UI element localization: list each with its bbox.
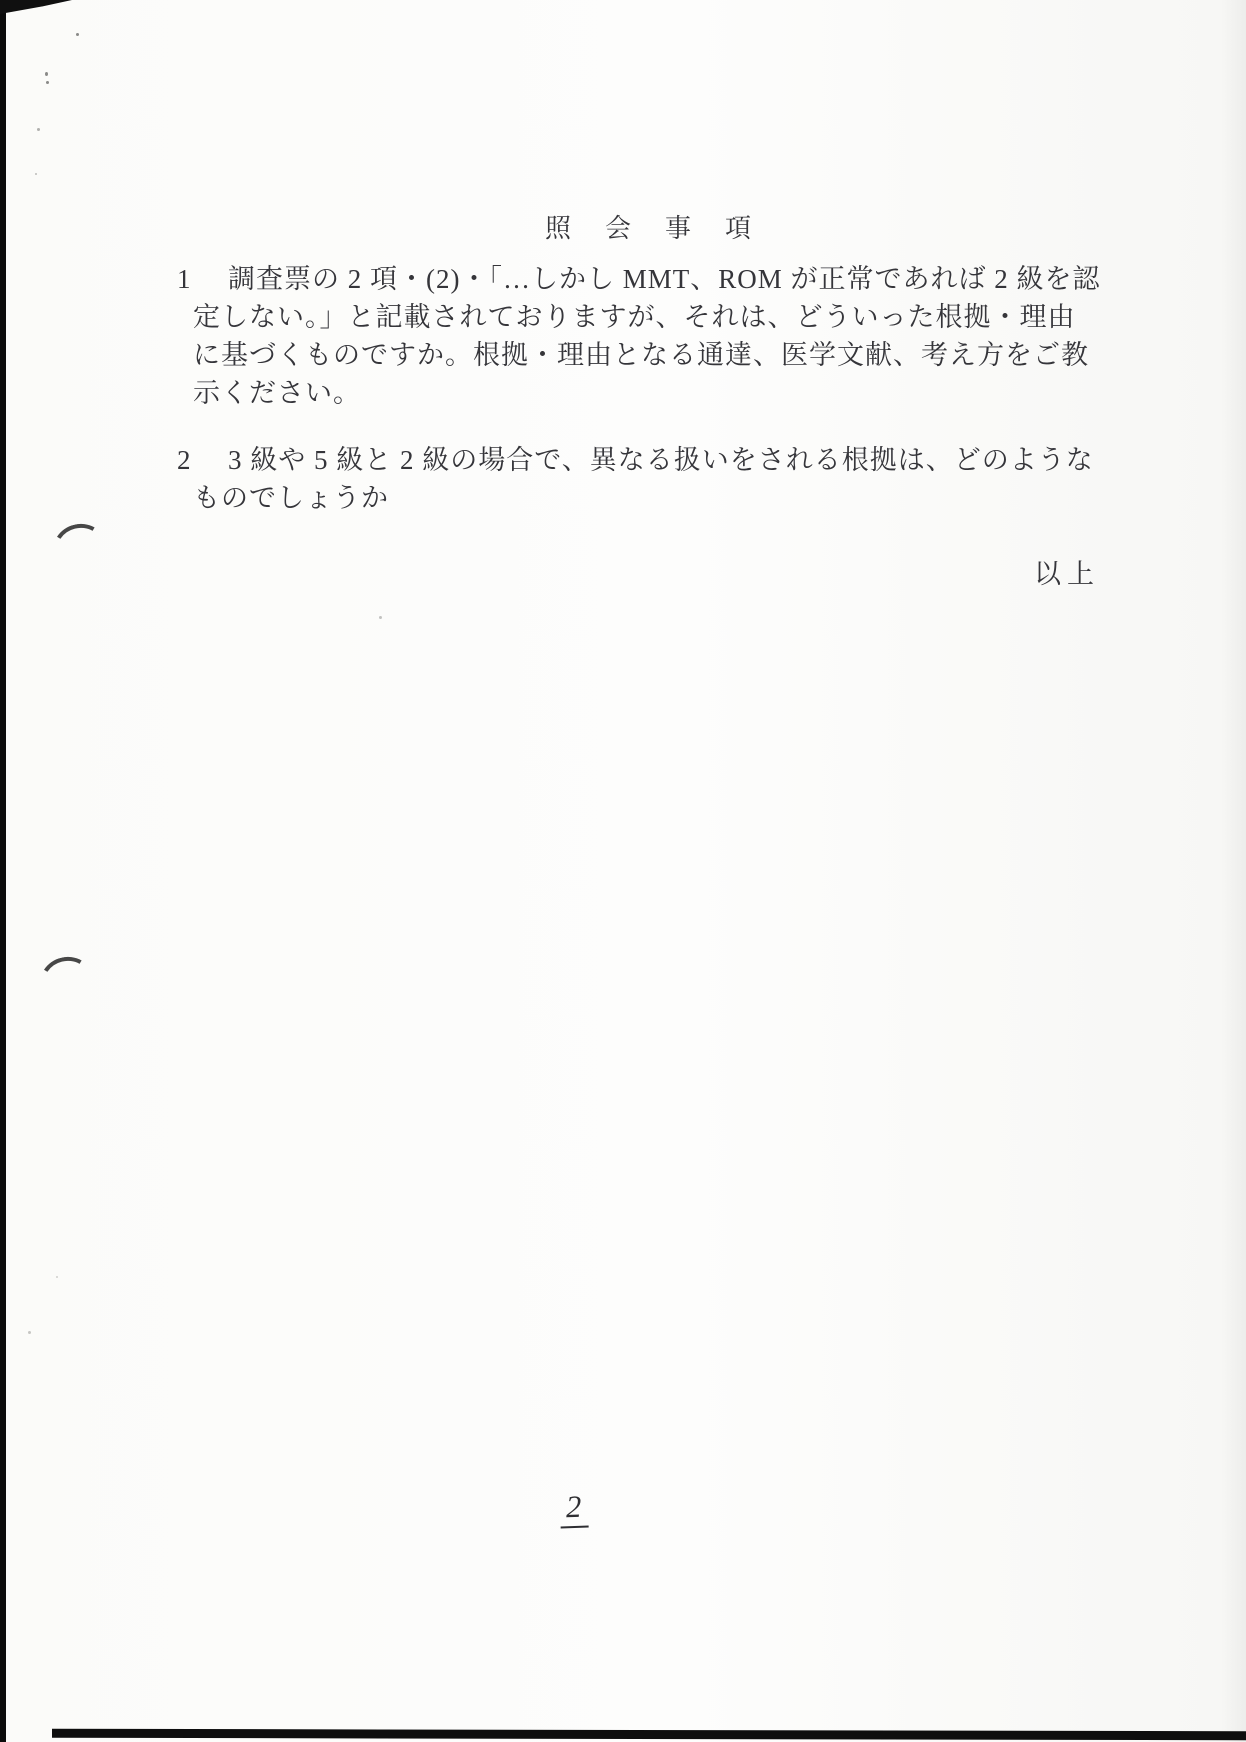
- item-1-line-2: 定しない。」と記載されておりますが、それは、どういった根拠・理由: [177, 298, 1101, 336]
- item-2-number: 2: [177, 441, 228, 479]
- scan-speck: [379, 616, 382, 619]
- scan-mark-top-left: [0, 0, 72, 14]
- closing-text: 以上: [1034, 552, 1100, 591]
- item-2-line-2: ものでしょうか: [177, 479, 1094, 517]
- scanned-document-page: 照会事項 1 調査票の 2 項・(2)・「…しかし MMT、ROM が正常であれ…: [0, 0, 1246, 1742]
- scan-speck: [56, 1276, 58, 1278]
- item-1-line-4: 示ください。: [177, 374, 1101, 412]
- item-2-line-1: 3 級や 5 級と 2 級の場合で、異なる扱いをされる根拠は、どのような: [228, 441, 1094, 479]
- item-1-line-1: 調査票の 2 項・(2)・「…しかし MMT、ROM が正常であれば 2 級を認: [228, 260, 1101, 298]
- scan-speck: [76, 33, 79, 36]
- scan-edge-bottom: [52, 1729, 1246, 1741]
- scan-speck: [37, 128, 40, 131]
- scan-speck: [28, 1331, 31, 1334]
- scan-speck: [46, 81, 49, 84]
- inquiry-item-1: 1 調査票の 2 項・(2)・「…しかし MMT、ROM が正常であれば 2 級…: [177, 260, 1101, 412]
- inquiry-item-2: 2 3 級や 5 級と 2 級の場合で、異なる扱いをされる根拠は、どのような も…: [177, 441, 1094, 517]
- page-number: 2: [559, 1489, 588, 1529]
- scan-speck: [35, 173, 37, 175]
- scan-edge-left: [0, 0, 6, 1742]
- punch-hole-mark-upper: [48, 518, 112, 580]
- item-1-line-3: に基づくものですか。根拠・理由となる通達、医学文献、考え方をご教: [177, 336, 1101, 374]
- scan-speck: [45, 72, 48, 76]
- document-title: 照会事項: [545, 208, 785, 245]
- punch-hole-mark-lower: [35, 951, 99, 1013]
- item-1-number: 1: [177, 260, 228, 298]
